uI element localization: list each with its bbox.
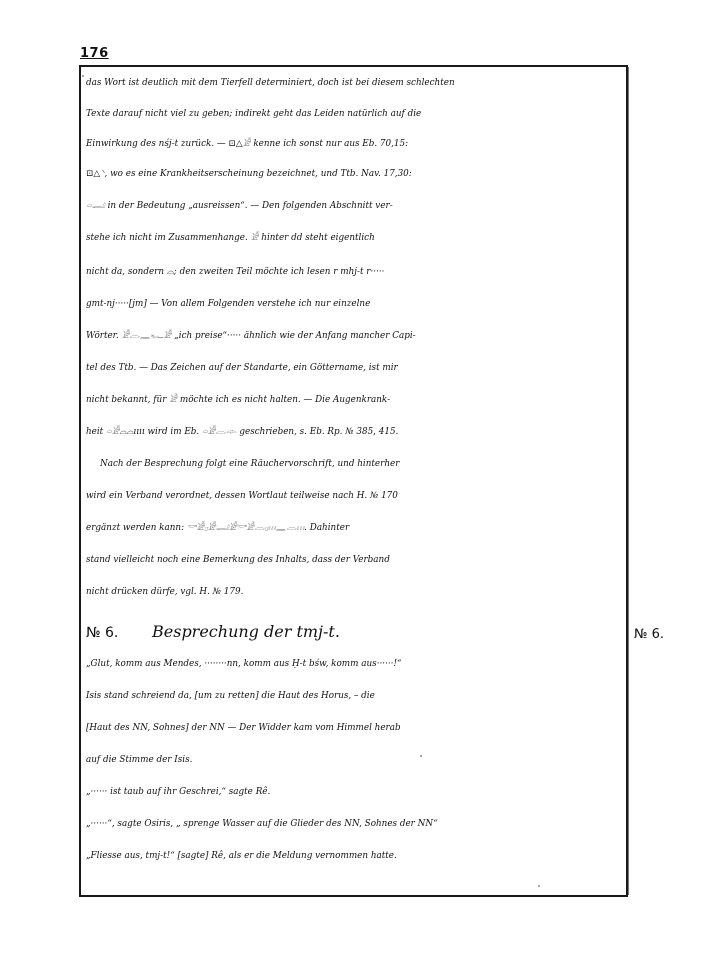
section-title: Besprechung der tmj-t. (152, 622, 340, 642)
scan-speck (82, 75, 84, 77)
manuscript-line: Nach der Besprechung folgt eine Räucherv… (100, 454, 640, 474)
margin-label: № 6. (634, 625, 664, 645)
manuscript-line: ⊡△⸌, wo es eine Krankheitserscheinung be… (86, 164, 626, 184)
page-frame (79, 65, 628, 897)
manuscript-line: heit 𓏏𓀀⌓⌓ıııı wird im Eb. 𓏏𓀀𓂋𓁹 geschrieb… (86, 422, 626, 442)
manuscript-line: „······“, sagte Osiris, „ sprenge Wasser… (86, 814, 626, 834)
manuscript-line: 𓏏𓂝 in der Bedeutung „ausreissen“. — Den … (86, 196, 626, 216)
manuscript-line: [Haut des NN, Sohnes] der NN — Der Widde… (86, 718, 626, 738)
scan-speck (538, 885, 540, 887)
section-number: № 6. (86, 623, 118, 643)
manuscript-line: das Wort ist deutlich mit dem Tierfell d… (86, 73, 626, 93)
manuscript-line: Texte darauf nicht viel zu geben; indire… (86, 104, 626, 124)
manuscript-line: „Glut, komm aus Mendes, ········nn, komm… (86, 654, 626, 674)
manuscript-line: auf die Stimme der Isis. (86, 750, 626, 770)
manuscript-line: wird ein Verband verordnet, dessen Wortl… (86, 486, 626, 506)
manuscript-line: nicht da, sondern ⌓; den zweiten Teil mö… (86, 262, 626, 282)
manuscript-line: gmt-nj·····[jm] — Von allem Folgenden ve… (86, 294, 626, 314)
manuscript-line: ergänzt werden kann: 𓎡𓀀𓊪𓀀𓂝𓀀𓎡𓀀𓂋𓊪𓏥𓈖𓂋𓏥. Dah… (86, 518, 626, 538)
scan-speck (420, 755, 422, 757)
manuscript-line: stehe ich nicht im Zusammenhange. 𓀀 hint… (86, 228, 626, 248)
manuscript-line: nicht bekannt, für 𓀀 möchte ich es nicht… (86, 390, 626, 410)
manuscript-line: tel des Ttb. — Das Zeichen auf der Stand… (86, 358, 626, 378)
manuscript-line: „Fliesse aus, tmj-t!“ [sagte] Rê, als er… (86, 846, 626, 866)
manuscript-line: nicht drücken dürfe, vgl. H. № 179. (86, 582, 626, 602)
manuscript-line: stand vielleicht noch eine Bemerkung des… (86, 550, 626, 570)
manuscript-line: Isis stand schreiend da, [um zu retten] … (86, 686, 626, 706)
manuscript-line: „······ ist taub auf ihr Geschrei,“ sagt… (86, 782, 626, 802)
manuscript-line: Einwirkung des nśj-t zurück. — ⊡△𓀀 kenne… (86, 134, 626, 154)
page-number: 176 (80, 46, 109, 61)
manuscript-line: Wörter. 𓀀𓂋𓈖𓆑𓀀 „ich preise“····· ähnlich … (86, 326, 626, 346)
